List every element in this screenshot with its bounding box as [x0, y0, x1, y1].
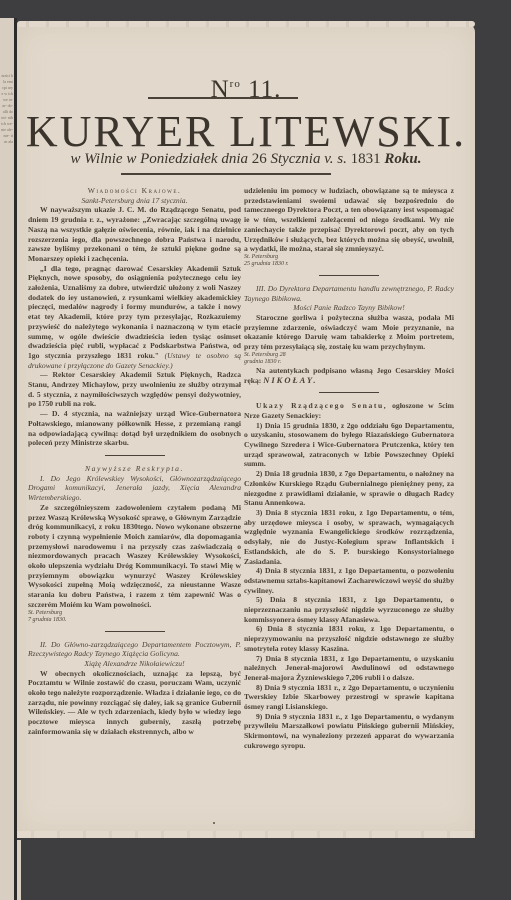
senate-item: 8) Dnia 9 stycznia 1831 r., z 2go Depart…	[244, 683, 454, 712]
dateline-place: w Wilnie w Poniedziałek dnia	[71, 151, 248, 167]
dateline-style: v. s.	[324, 151, 347, 167]
rescript-body: W obecnych okolicznościach, uznając za l…	[28, 669, 241, 737]
senate-item: 5) Dnia 8 stycznia 1831, z 1go Departame…	[244, 595, 454, 624]
imperial-signature: NIKOŁAY.	[263, 375, 317, 385]
paragraph: — Rektor Cesarskiey Akademii Sztuk Piękn…	[28, 370, 241, 409]
dateline-suffix: Roku.	[384, 151, 421, 167]
dateline-day: 26	[252, 151, 267, 167]
paragraph: — D. 4 stycznia, na ważniejszy urząd Wic…	[28, 409, 241, 448]
separator	[105, 455, 165, 456]
separator	[319, 392, 379, 393]
paragraph: „I dla tego, pragnąc darować Cesarskiey …	[28, 264, 241, 371]
right-column: udzieleniu im pomocy w ludziach, obowiąz…	[244, 186, 454, 751]
paper-speck	[213, 822, 215, 824]
left-column: Wiadomości Krajowe. Sankt-Petersburg dni…	[28, 186, 241, 737]
dateline-month: Stycznia	[270, 151, 320, 167]
separator	[105, 631, 165, 632]
issue-prefix-sup: ro	[230, 78, 241, 90]
issue-prefix: N	[211, 76, 230, 103]
senate-item: 1) Dnia 15 grudnia 1830, z 2go oddziału …	[244, 421, 454, 470]
rescript-address: III. Do Dyrektora Departamentu handlu ze…	[244, 284, 454, 303]
senate-item: 3) Dnia 8 stycznia 1831 roku, z 1go Depa…	[244, 508, 454, 566]
senate-heading-text: Ukazy Rządzącego Senatu,	[256, 401, 387, 410]
masthead-rule-top	[148, 97, 298, 99]
issue-number-value: 11.	[248, 76, 281, 103]
signature-place: St. Petersburg	[244, 254, 454, 261]
rescript-body: Ze szczególnieyszem zadowoleniem czytałe…	[28, 503, 241, 610]
masthead-rule-bottom	[121, 173, 331, 175]
rescript-address: I. Do Jego Królewskiey Wysokości, Główno…	[28, 474, 241, 503]
binding-gap	[17, 840, 21, 900]
rescripts-heading: Naywyższe Reskrypta.	[28, 464, 241, 474]
place-date: Sankt-Petersburg dnia 17 stycznia.	[28, 196, 241, 206]
signature-place: St. Petersburg 28	[244, 352, 454, 359]
rescript-body: Staroczne gorliwa i pożyteczna służba wa…	[244, 313, 454, 352]
senate-item: 4) Dnia 8 stycznia 1831, z 1go Departame…	[244, 566, 454, 595]
dateline: w Wilnie w Poniedziałek dnia 26 Stycznia…	[17, 151, 475, 168]
signature-place: St. Petersburg	[28, 610, 241, 617]
rescript-address: II. Do Główno-zarządzaiącego Departament…	[28, 640, 241, 659]
rescript-salutation: Mości Panie Radzco Tayny Bibikow!	[244, 303, 454, 313]
paragraph: W nayważszym ukazie J. C. M. do Rządzące…	[28, 205, 241, 263]
senate-item: 2) Dnia 18 grudnia 1830, z 7go Departame…	[244, 469, 454, 508]
senate-item: 7) Dnia 8 stycznia 1831, z 1go Departame…	[244, 654, 454, 683]
signature-date: grudnia 1830 r.	[244, 359, 454, 366]
senate-heading: Ukazy Rządzącego Senatu, ogłoszone w 5ci…	[244, 401, 454, 420]
separator	[319, 275, 379, 276]
previous-page-strip: ności bla emi cpi ary e w ich we ia- ar-…	[0, 18, 14, 900]
signature-date: 7 grudnia 1830.	[28, 617, 241, 624]
section-heading: Wiadomości Krajowe.	[28, 186, 241, 196]
senate-item: 9) Dnia 9 stycznia 1831 r., z 1go Depart…	[244, 712, 454, 751]
senate-item: 6) Dnia 8 stycznia 1831 roku, z 1go Depa…	[244, 624, 454, 653]
newspaper-page: Nro 11. KURYER LITEWSKI. w Wilnie w Poni…	[17, 24, 475, 834]
previous-page-text-fragment: ności bla emi cpi ary e w ich we ia- ar-…	[1, 73, 13, 145]
newspaper-title: KURYER LITEWSKI.	[17, 106, 475, 157]
continuation-text: udzieleniu im pomocy w ludziach, obowiąz…	[244, 186, 454, 254]
signature-line: Na autentykach podpisano własną Jego Ces…	[244, 366, 454, 385]
issue-number: Nro 11.	[17, 76, 475, 104]
dateline-year: 1831	[351, 151, 381, 167]
paragraph-text: „I dla tego, pragnąc darować Cesarskiey …	[28, 264, 241, 360]
rescript-salutation: Xiążę Alexandrze Nikołaiewiczu!	[28, 659, 241, 669]
signature-date: 25 grudnia 1830 r.	[244, 261, 454, 268]
